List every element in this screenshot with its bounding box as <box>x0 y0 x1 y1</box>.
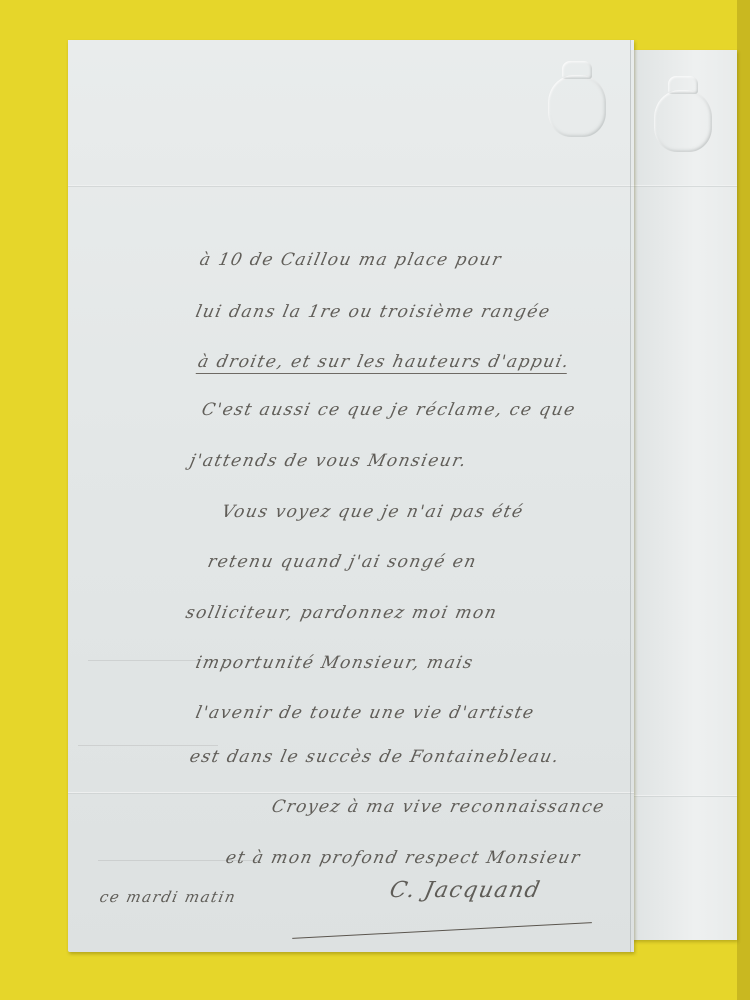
letter-body: à 10 de Caillou ma place pour lui dans l… <box>0 0 750 1000</box>
letter-line: C'est aussi ce que je réclame, ce que <box>200 400 578 420</box>
signature-flourish <box>292 920 592 939</box>
letter-line: retenu quand j'ai songé en <box>206 552 479 572</box>
letter-line: Croyez à ma vive reconnaissance <box>270 797 607 817</box>
letter-line: et à mon profond respect Monsieur <box>224 848 583 868</box>
letter-line: à 10 de Caillou ma place pour <box>198 250 504 270</box>
signature: C. Jacquand <box>387 878 543 903</box>
letter-line: j'attends de vous Monsieur. <box>188 451 469 471</box>
letter-line: Vous voyez que je n'ai pas été <box>220 502 526 522</box>
letter-line: importunité Monsieur, mais <box>194 653 476 673</box>
letter-line: est dans le succès de Fontainebleau. <box>188 747 562 767</box>
letter-line: à droite, et sur les hauteurs d'appui. <box>196 352 572 374</box>
letter-line: solliciteur, pardonnez moi mon <box>184 603 499 623</box>
letter-line: l'avenir de toute une vie d'artiste <box>194 703 537 723</box>
dateline: ce mardi matin <box>98 888 238 906</box>
letter-line: lui dans la 1re ou troisième rangée <box>194 302 553 322</box>
